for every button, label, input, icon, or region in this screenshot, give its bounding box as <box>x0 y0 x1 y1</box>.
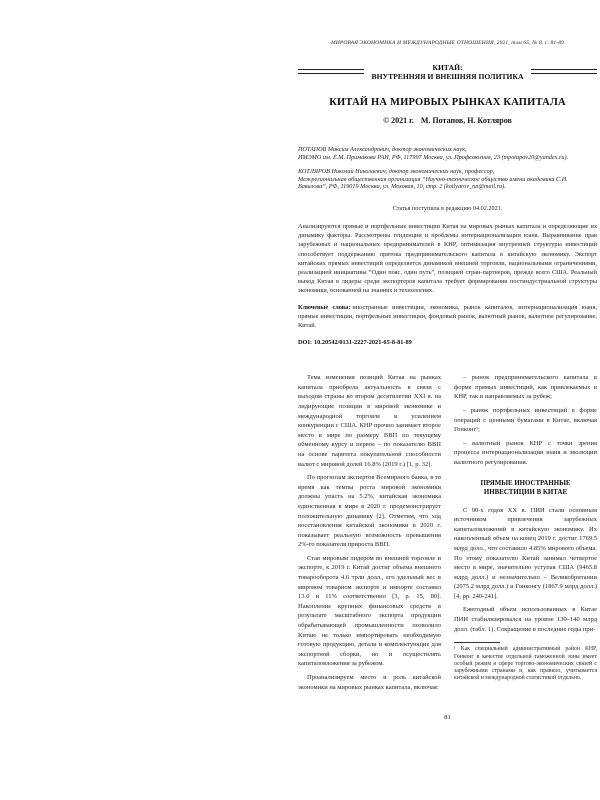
paragraph: Став мировым лидером во внешней торговле… <box>298 554 441 669</box>
doi-value: 10.20542/0131-2227-2021-65-8-81-89 <box>314 339 412 346</box>
section-title: КИТАЙ: ВНУТРЕННЯЯ И ВНЕШНЯЯ ПОЛИТИКА <box>364 63 532 81</box>
paragraph: Тема изменения позиций Китая на рынках к… <box>298 373 441 469</box>
footnote-rule <box>454 642 500 643</box>
keywords-label: Ключевые слова: <box>298 304 350 311</box>
section-heading-line1: ПРЯМЫЕ ИНОСТРАННЫЕ <box>454 479 597 488</box>
section-banner: КИТАЙ: ВНУТРЕННЯЯ И ВНЕШНЯЯ ПОЛИТИКА <box>298 63 597 81</box>
section-title-line1: КИТАЙ: <box>372 63 524 72</box>
keywords: Ключевые слова:иностранные инвестиции, э… <box>298 303 597 331</box>
abstract: Анализируются прямые и портфельные инвес… <box>298 222 597 296</box>
list-item: – рынок предпринимательского капитала в … <box>454 373 597 402</box>
body-columns: Тема изменения позиций Китая на рынках к… <box>298 373 597 695</box>
affiliation-1-address: ИМЭМО им. Е.М. Примакова РАН, РФ, 117997… <box>298 154 597 162</box>
doi-line: DOI:10.20542/0131-2227-2021-65-8-81-89 <box>298 339 597 347</box>
received-date-line: Статья поступила в редакцию 04.02.2021. <box>298 205 597 213</box>
section-title-line2: ВНУТРЕННЯЯ И ВНЕШНЯЯ ПОЛИТИКА <box>372 72 524 81</box>
affiliation-2-address: Межрегиональная общественная организация… <box>298 176 597 191</box>
paragraph: Проанализируем место и роль китайской эк… <box>298 673 441 692</box>
doi-label: DOI: <box>298 339 312 346</box>
paragraph: По прогнозам экспертов Всемирного банка,… <box>298 473 441 550</box>
paragraph: Ежегодный объем использованных в Китае П… <box>454 605 597 634</box>
list-item: – валютный рынок КНР с точки зрения проц… <box>454 439 597 468</box>
left-column: Тема изменения позиций Китая на рынках к… <box>298 373 441 695</box>
section-heading-line2: ИНВЕСТИЦИИ В КИТАЕ <box>454 488 597 497</box>
footnote: ¹ Как специальный административный район… <box>454 646 597 682</box>
affiliation-author-2: КОТЛЯРОВ Николай Николаевич, доктор экон… <box>298 168 597 191</box>
right-column: – рынок предпринимательского капитала в … <box>454 373 597 695</box>
page-number: 81 <box>298 714 597 721</box>
paragraph: С 90-х годов XX в. ПИИ стали основным ис… <box>454 506 597 602</box>
affiliation-1-name: ПОТАПОВ Максим Александрович, доктор эко… <box>298 146 597 154</box>
article-page: МИРОВАЯ ЭКОНОМИКА И МЕЖДУНАРОДНЫЕ ОТНОШЕ… <box>298 40 597 695</box>
running-head: МИРОВАЯ ЭКОНОМИКА И МЕЖДУНАРОДНЫЕ ОТНОШЕ… <box>298 40 597 47</box>
section-heading: ПРЯМЫЕ ИНОСТРАННЫЕ ИНВЕСТИЦИИ В КИТАЕ <box>454 479 597 497</box>
affiliation-2-name: КОТЛЯРОВ Николай Николаевич, доктор экон… <box>298 168 597 176</box>
affiliations: ПОТАПОВ Максим Александрович, доктор эко… <box>298 146 597 191</box>
list-item: – рынок портфельных инвестиций в форме о… <box>454 406 597 435</box>
banner-rule-left <box>298 69 364 74</box>
byline-authors: М. Потапов, Н. Котляров <box>421 116 512 125</box>
banner-rule-right <box>531 69 597 74</box>
copyright-year: © 2021 г. <box>383 116 414 125</box>
affiliation-author-1: ПОТАПОВ Максим Александрович, доктор эко… <box>298 146 597 161</box>
byline: © 2021 г.М. Потапов, Н. Котляров <box>298 116 597 126</box>
article-title: КИТАЙ НА МИРОВЫХ РЫНКАХ КАПИТАЛА <box>298 97 597 109</box>
